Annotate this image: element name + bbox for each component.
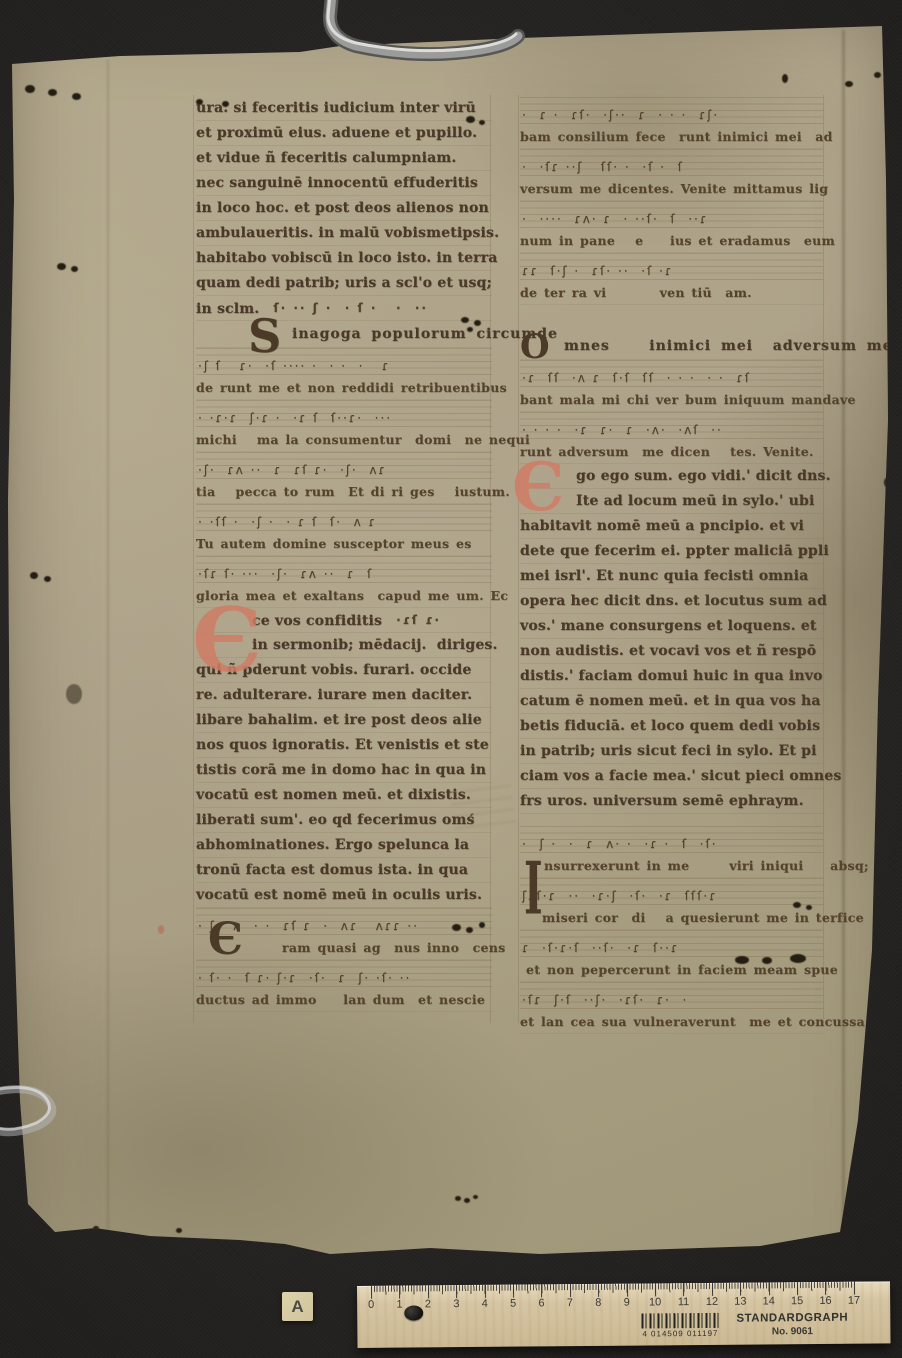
dark-spot <box>404 1305 423 1320</box>
parchment-hole <box>44 576 51 582</box>
cm-tick <box>598 1284 599 1297</box>
illuminated-initial: Є <box>512 454 565 520</box>
text-line: habitabo vobiscū in loco isto. in terra <box>196 246 492 271</box>
parchment-hole <box>466 116 475 123</box>
line-text: libare bahalim. et ire post deos alie <box>196 712 482 728</box>
line-text: catum ē nomen meū. et in qua vos ha <box>520 693 821 709</box>
neume-notation: · ·ſɾ ··ʃ ſſ· · ·ſ · ſ <box>522 160 684 174</box>
line-text: de ter ra vi ven tiū am. <box>520 285 752 300</box>
neume-notation: ·ſɾ ſ· ··· ·ʃ· ɾʌ ·· ɾ ſ <box>198 567 373 581</box>
text-line: nos quos ignoratis. Et venistis et ste <box>196 733 492 758</box>
cm-number: 12 <box>702 1296 722 1308</box>
line-text: abhominationes. Ergo spelunca la <box>196 837 469 853</box>
chant-text-line: et lan cea sua vulneraverunt me et concu… <box>520 1009 823 1034</box>
ruler-halfcm-ticks <box>371 1282 854 1295</box>
illuminated-initial: S <box>248 313 281 359</box>
cm-number: 10 <box>645 1296 665 1308</box>
line-text: in sermonib; mēdacij. diriges. <box>252 637 498 653</box>
text-line: et proximū eius. aduene et pupillo. <box>196 121 492 146</box>
line-text: habitabo vobiscū in loco isto. in terra <box>196 250 498 266</box>
neume-notation: ·ſɾ ʃ·ſ ··ʃ· ·ɾſ· ɾ· · <box>522 993 688 1007</box>
chant-text-line: runt adversum me dicen tes. Venite. <box>520 439 823 464</box>
line-text: mnes inimici mei adversum me cogita <box>564 338 902 354</box>
parchment-hole <box>196 99 203 105</box>
line-text: go ego sum. ego vidi.' dicit dns. <box>576 468 831 484</box>
parchment-hole <box>782 74 788 83</box>
parchment-hole <box>222 101 229 107</box>
parchment-hole <box>479 922 485 928</box>
neume-notation: ·ʃ· ɾʌ ·· ɾ ɾſ ɾ· ·ʃ· ʌɾ <box>198 463 387 477</box>
line-text: bam consilium fece runt inimici mei ad <box>520 129 833 144</box>
text-line: et vidue ñ feceritis calumpniam. <box>196 146 492 171</box>
line-text: nec sanguinē innocentū effuderitis <box>196 175 478 191</box>
line-text: tronū facta est domus ista. in qua <box>196 862 468 878</box>
text-line: Ite ad locum meū in sylo.' ubi <box>520 489 823 514</box>
neume-notation: ʃɾſ·ɾ ·· ·ɾ·ʃ ·ſ· ·ɾ ſſſ·ɾ <box>522 889 717 903</box>
text-line: vocatū est nomen meū. et dixistis. <box>196 783 492 808</box>
cm-number: 17 <box>844 1295 864 1307</box>
neume-notation: · ···· ɾʌ· ɾ · ··ſ· ſ ··ɾ <box>522 212 708 226</box>
line-text: ductus ad immo lan dum et nescie <box>196 992 485 1007</box>
text-column-right: · ɾ · ɾſ· ·ʃ·· ɾ · · · ɾʃ·bam consilium … <box>520 97 823 1034</box>
parchment-hole <box>455 1196 461 1201</box>
parchment-hole <box>57 263 66 270</box>
line-text: vocatū est nomen meū. et dixistis. <box>196 787 471 803</box>
text-line: vocatū est nomē meū in oculis uris. <box>196 883 492 908</box>
music-staff: · ·ſſ · ·ʃ · · ɾ ſ ſ· ʌ ɾ <box>196 504 492 531</box>
chant-text-line: nsurrexerunt in me viri iniqui absq; <box>520 853 823 878</box>
parchment-hole <box>806 905 812 910</box>
line-text: ce vos confiditis <box>252 613 382 629</box>
text-line: distis.' faciam domui huic in qua invo <box>520 664 823 689</box>
label-letter: A <box>291 1297 303 1317</box>
photo-label-a: A <box>282 1292 313 1321</box>
illuminated-initial: Є <box>192 596 262 684</box>
cm-number: 7 <box>560 1297 580 1309</box>
music-staff: ·ſɾ ʃ·ſ ··ʃ· ·ɾſ· ɾ· · <box>520 982 823 1009</box>
cm-number: 11 <box>673 1296 693 1308</box>
line-text: Ite ad locum meū in sylo.' ubi <box>576 493 814 509</box>
cm-number: 4 <box>475 1298 495 1310</box>
chant-text-line: michi ma la consumentur domi ne nequi <box>196 427 492 452</box>
text-line: ciam vos a facie mea.' sicut pieci omnes <box>520 764 823 789</box>
line-text: dete que fecerim ei. ppter maliciā ppli <box>520 543 829 559</box>
cm-number: 9 <box>617 1297 637 1309</box>
cm-number: 13 <box>730 1296 750 1308</box>
cm-tick <box>740 1283 741 1296</box>
chant-text-line: tia pecca to rum Et di ri ges iustum. <box>196 479 492 504</box>
text-line: non audistis. et vocavi vos et ñ respō <box>520 639 823 664</box>
text-line: catum ē nomen meū. et in qua vos ha <box>520 689 823 714</box>
text-line: tronū facta est domus ista. in qua <box>196 858 492 883</box>
neume-notation: ·ɾſ ɾ· <box>396 613 441 627</box>
column-ruling-line <box>193 95 194 1023</box>
neume-notation: · ʃ · · ɾ ʌ· · ·ɾ · ſ ·ſ· <box>522 837 717 851</box>
text-line: quam dedi patrib; uris a scl'o et usq; <box>196 271 492 296</box>
barcode-digits: 4 014509 011197 <box>637 1329 723 1339</box>
parchment-hole <box>474 320 481 326</box>
line-text: michi ma la consumentur domi ne nequi <box>196 432 530 447</box>
music-staff: ·ɾ ſſ ·ʌ ɾ ſ·ſ ſſ · · · · · ɾſ <box>520 360 823 387</box>
line-text: de runt me et non reddidi retribuentibus <box>196 380 507 395</box>
cm-tick <box>399 1286 400 1299</box>
line-text: ura. si feceritis iudicium inter virū <box>196 100 476 116</box>
line-text: quam dedi patrib; uris a scl'o et usq; <box>196 275 492 291</box>
line-text: tistis corā me in domo hac in qua in <box>196 762 486 778</box>
cm-tick <box>655 1283 656 1296</box>
neume-notation: · ·ɾ·ɾ ʃ·ɾ · ·ɾ ſ ſ··ɾ· ··· <box>198 411 392 425</box>
music-staff: · ɾ · ɾſ· ·ʃ·· ɾ · · · ɾʃ· <box>520 97 823 124</box>
parchment-hole <box>762 957 772 964</box>
cm-tick <box>456 1285 457 1298</box>
cm-tick <box>627 1284 628 1297</box>
line-text: frs uros. universum semē ephraym. <box>520 793 804 809</box>
ruler-barcode: 4 014509 011197 <box>637 1313 723 1339</box>
parchment-hole <box>48 89 57 96</box>
chant-text-line: de runt me et non reddidi retribuentibus <box>196 375 492 400</box>
holding-clip-left <box>0 1076 78 1148</box>
neume-notation: ſ· ·· ʃ · · ſ · · ·· <box>273 301 428 315</box>
neume-notation: · ſ· · ſ ɾ· ʃ·ɾ ·ſ· ɾ ʃ· ·ſ· ·· <box>198 971 411 985</box>
marginal-annotation <box>449 784 516 837</box>
cm-number: 5 <box>503 1298 523 1310</box>
cm-number: 6 <box>531 1297 551 1309</box>
chant-text-line: de ter ra vi ven tiū am. <box>520 280 823 305</box>
music-staff: ʃɾſ·ɾ ·· ·ɾ·ʃ ·ſ· ·ɾ ſſſ·ɾ <box>520 878 823 905</box>
text-line: tistis corā me in domo hac in qua in <box>196 758 492 783</box>
line-text: vocatū est nomē meū in oculis uris. <box>196 887 482 903</box>
text-line: vos.' mane consurgens et loquens. et <box>520 614 823 639</box>
line-text: mei isrl'. Et nunc quia fecisti omnia <box>520 568 808 584</box>
text-line: in patrib; uris sicut feci in sylo. Et p… <box>520 739 823 764</box>
chant-text-line: bant mala mi chi ver bum iniquum mandave <box>520 387 823 412</box>
ruler-brand: STANDARDGRAPH <box>732 1312 852 1325</box>
chant-block: · ɾ · ɾſ· ·ʃ·· ɾ · · · ɾʃ·bam consilium … <box>520 97 823 305</box>
parchment-hole <box>72 93 81 100</box>
music-staff: ·ʃ ſ ɾ· ·ſ ···· · · · · ɾ <box>196 348 492 375</box>
cm-tick <box>570 1284 571 1297</box>
parchment-hole <box>461 317 469 323</box>
music-staff: · ···· ɾʌ· ɾ · ··ſ· ſ ··ɾ <box>520 201 823 228</box>
neume-notation: ·ʃ ſ ɾ· ·ſ ···· · · · · ɾ <box>198 359 390 373</box>
cm-tick <box>712 1283 713 1296</box>
parchment-hole <box>464 1198 470 1203</box>
prose-block: Єce vos confiditis·ɾſ ɾ·in sermonib; mēd… <box>196 608 492 908</box>
line-text: num in pane e ius et eradamus eum <box>520 233 835 248</box>
text-line: in sclm.ſ· ·· ʃ · · ſ · · ·· <box>196 296 492 321</box>
neume-notation: ·ɾ ſſ ·ʌ ɾ ſ·ſ ſſ · · · · · ɾſ <box>522 371 751 385</box>
cm-tick <box>485 1285 486 1298</box>
manuscript-page: ura. si feceritis iudicium inter virūet … <box>0 0 902 1358</box>
prose-block: Єgo ego sum. ego vidi.' dicit dns.Ite ad… <box>520 464 823 814</box>
text-line: ambulaueritis. in malū vobismetipsis. <box>196 221 492 246</box>
parchment-hole <box>66 684 82 704</box>
text-line: dete que fecerim ei. ppter maliciā ppli <box>520 539 823 564</box>
parchment-hole <box>793 902 801 908</box>
illuminated-initial: I <box>524 854 543 926</box>
line-text: bant mala mi chi ver bum iniquum mandave <box>520 392 856 407</box>
line-text: nos quos ignoratis. Et venistis et ste <box>196 737 489 753</box>
parchment-hole <box>30 572 38 579</box>
parchment-hole <box>479 120 485 125</box>
chant-text-line: Tu autem domine susceptor meus es <box>196 531 492 556</box>
text-line: mnes inimici mei adversum me cogita <box>520 333 823 360</box>
holding-clip-top <box>300 0 550 66</box>
chant-block: Є· ʃ· ʌ · · ɾſ ɾ · ʌɾ ʌɾɾ ··ram quasi ag… <box>196 908 492 1012</box>
line-text: Tu autem domine susceptor meus es <box>196 536 472 551</box>
line-text: opera hec dicit dns. et locutus sum ad <box>520 593 827 609</box>
line-text: tia pecca to rum Et di ri ges iustum. <box>196 484 510 499</box>
chant-text-line: bam consilium fece runt inimici mei ad <box>520 124 823 149</box>
text-column-left: ura. si feceritis iudicium inter virūet … <box>196 96 492 1012</box>
cm-tick <box>769 1282 770 1295</box>
text-line: habitavit nomē meū a pncipio. et vi <box>520 514 823 539</box>
text-line: ura. si feceritis iudicium inter virū <box>196 96 492 121</box>
parchment-hole <box>25 85 35 93</box>
parchment-hole <box>874 72 881 78</box>
chant-text-line: ductus ad immo lan dum et nescie <box>196 987 492 1012</box>
prose-block: ura. si feceritis iudicium inter virūet … <box>196 96 492 321</box>
cm-number: 15 <box>787 1295 807 1307</box>
ruler-branding: STANDARDGRAPH No. 9061 <box>732 1312 852 1338</box>
parchment-hole <box>176 1228 182 1233</box>
neume-notation: · ·ſſ · ·ʃ · · ɾ ſ ſ· ʌ ɾ <box>198 515 377 529</box>
chant-block: Omnes inimici mei adversum me cogita·ɾ ſ… <box>520 333 823 464</box>
fold-crease <box>842 30 845 1235</box>
line-text: in patrib; uris sicut feci in sylo. Et p… <box>520 743 817 759</box>
line-text: betis fiduciā. et loco quem dedi vobis <box>520 718 820 734</box>
line-text: inagoga populorum circumde <box>292 326 558 342</box>
line-text: distis.' faciam domui huic in qua invo <box>520 668 823 684</box>
parchment-hole <box>466 927 473 933</box>
parchment-crease <box>107 60 109 1240</box>
cm-tick <box>797 1282 798 1295</box>
line-text: ram quasi ag nus inno cens <box>282 940 506 955</box>
cm-number: 8 <box>588 1297 608 1309</box>
cm-tick <box>513 1285 514 1298</box>
neume-notation: ɾ ·ſ·ɾ·ſ ··ſ· ·ɾ ſ··ɾ <box>522 941 679 955</box>
parchment-hole <box>473 1195 478 1199</box>
line-text: in loco hoc. et post deos alienos non <box>196 200 489 216</box>
parchment-hole <box>845 81 853 87</box>
text-line: frs uros. universum semē ephraym. <box>520 789 823 814</box>
parchment-hole <box>71 266 78 272</box>
cm-number: 14 <box>759 1295 779 1307</box>
line-text: ambulaueritis. in malū vobismetipsis. <box>196 225 499 241</box>
neume-notation: · ɾ · ɾſ· ·ʃ·· ɾ · · · ɾʃ· <box>522 108 719 122</box>
line-text: et proximū eius. aduene et pupillo. <box>196 125 477 141</box>
illuminated-initial: O <box>520 330 550 364</box>
cm-number: 3 <box>446 1298 466 1310</box>
chant-text-line: miseri cor di a quesierunt me in terfice… <box>520 905 823 930</box>
chant-text-line: versum me dicentes. Venite mittamus lig <box>520 176 823 201</box>
column-ruling-line <box>518 95 519 1023</box>
text-line: abhominationes. Ergo spelunca la <box>196 833 492 858</box>
text-line: betis fiduciā. et loco quem dedi vobis <box>520 714 823 739</box>
photo-stage: ura. si feceritis iudicium inter virūet … <box>0 0 902 1358</box>
cm-number: 16 <box>815 1295 835 1307</box>
line-text: et lan cea sua vulneraverunt me et concu… <box>520 1014 865 1029</box>
line-text: ciam vos a facie mea.' sicut pieci omnes <box>520 768 841 784</box>
cm-tick <box>428 1285 429 1298</box>
parchment-hole <box>452 924 461 931</box>
line-text: et vidue ñ feceritis calumpniam. <box>196 150 456 166</box>
text-line: mei isrl'. Et nunc quia fecisti omnia <box>520 564 823 589</box>
chant-text-line: num in pane e ius et eradamus eum <box>520 228 823 253</box>
neume-notation: · · · · ·ɾ ɾ· ɾ ·ʌ· ·ʌſ ·· <box>522 423 723 437</box>
chant-text-line: et non pepercerunt in faciem meam spue <box>520 957 823 982</box>
text-line: in loco hoc. et post deos alienos non <box>196 196 492 221</box>
cm-tick <box>854 1282 855 1295</box>
measuring-ruler: 01234567891011121314151617 4 014509 0111… <box>357 1281 891 1348</box>
ruler-model: No. 9061 <box>732 1326 852 1338</box>
neume-notation: ɾɾ ſ·ʃ · ɾſ· ·· ·ſ ·ɾ <box>522 264 673 278</box>
parchment-hole <box>884 477 892 488</box>
parchment-hole <box>93 1226 99 1231</box>
cm-number: 0 <box>361 1299 381 1311</box>
line-text: miseri cor di a quesierunt me in terfice… <box>542 910 892 925</box>
text-line: liberati sum'. eo qd fecerimus omś <box>196 808 492 833</box>
text-line: go ego sum. ego vidi.' dicit dns. <box>520 464 823 489</box>
music-staff: · · · · ·ɾ ɾ· ɾ ·ʌ· ·ʌſ ·· <box>520 412 823 439</box>
cm-tick <box>541 1284 542 1297</box>
text-line: inagoga populorum circumde <box>196 321 492 348</box>
illuminated-initial: Є <box>208 918 243 962</box>
music-staff: · ʃ · · ɾ ʌ· · ·ɾ · ſ ·ſ· <box>520 826 823 853</box>
chant-block: I· ʃ · · ɾ ʌ· · ·ɾ · ſ ·ſ·nsurrexerunt i… <box>520 826 823 1034</box>
music-staff: ·ſɾ ſ· ··· ·ʃ· ɾʌ ·· ɾ ſ <box>196 556 492 583</box>
line-text: liberati sum'. eo qd fecerimus omś <box>196 812 475 828</box>
cm-tick <box>683 1283 684 1296</box>
chant-block: Sinagoga populorum circumde·ʃ ſ ɾ· ·ſ ··… <box>196 321 492 504</box>
line-text: versum me dicentes. Venite mittamus lig <box>520 181 828 196</box>
music-staff: ɾ ·ſ·ɾ·ſ ··ſ· ·ɾ ſ··ɾ <box>520 930 823 957</box>
music-staff: · ·ɾ·ɾ ʃ·ɾ · ·ɾ ſ ſ··ɾ· ··· <box>196 400 492 427</box>
music-staff: ɾɾ ſ·ʃ · ɾſ· ·· ·ſ ·ɾ <box>520 253 823 280</box>
barcode-bars <box>641 1313 719 1329</box>
music-staff: ·ʃ· ɾʌ ·· ɾ ɾſ ɾ· ·ʃ· ʌɾ <box>196 452 492 479</box>
cm-tick <box>825 1282 826 1295</box>
parchment-hole <box>735 956 749 964</box>
text-line: nec sanguinē innocentū effuderitis <box>196 171 492 196</box>
line-text: et non pepercerunt in faciem meam spue <box>526 962 838 977</box>
text-line: opera hec dicit dns. et locutus sum ad <box>520 589 823 614</box>
text-line: libare bahalim. et ire post deos alie <box>196 708 492 733</box>
parchment-hole <box>790 954 806 963</box>
parchment-hole <box>467 327 473 332</box>
line-text: nsurrexerunt in me viri iniqui absq; <box>544 858 869 873</box>
line-text: non audistis. et vocavi vos et ñ respō <box>520 643 816 659</box>
cm-tick <box>371 1286 372 1299</box>
line-text: vos.' mane consurgens et loquens. et <box>520 618 817 634</box>
parchment-hole <box>158 925 164 934</box>
music-staff: · ·ſɾ ··ʃ ſſ· · ·ſ · ſ <box>520 149 823 176</box>
